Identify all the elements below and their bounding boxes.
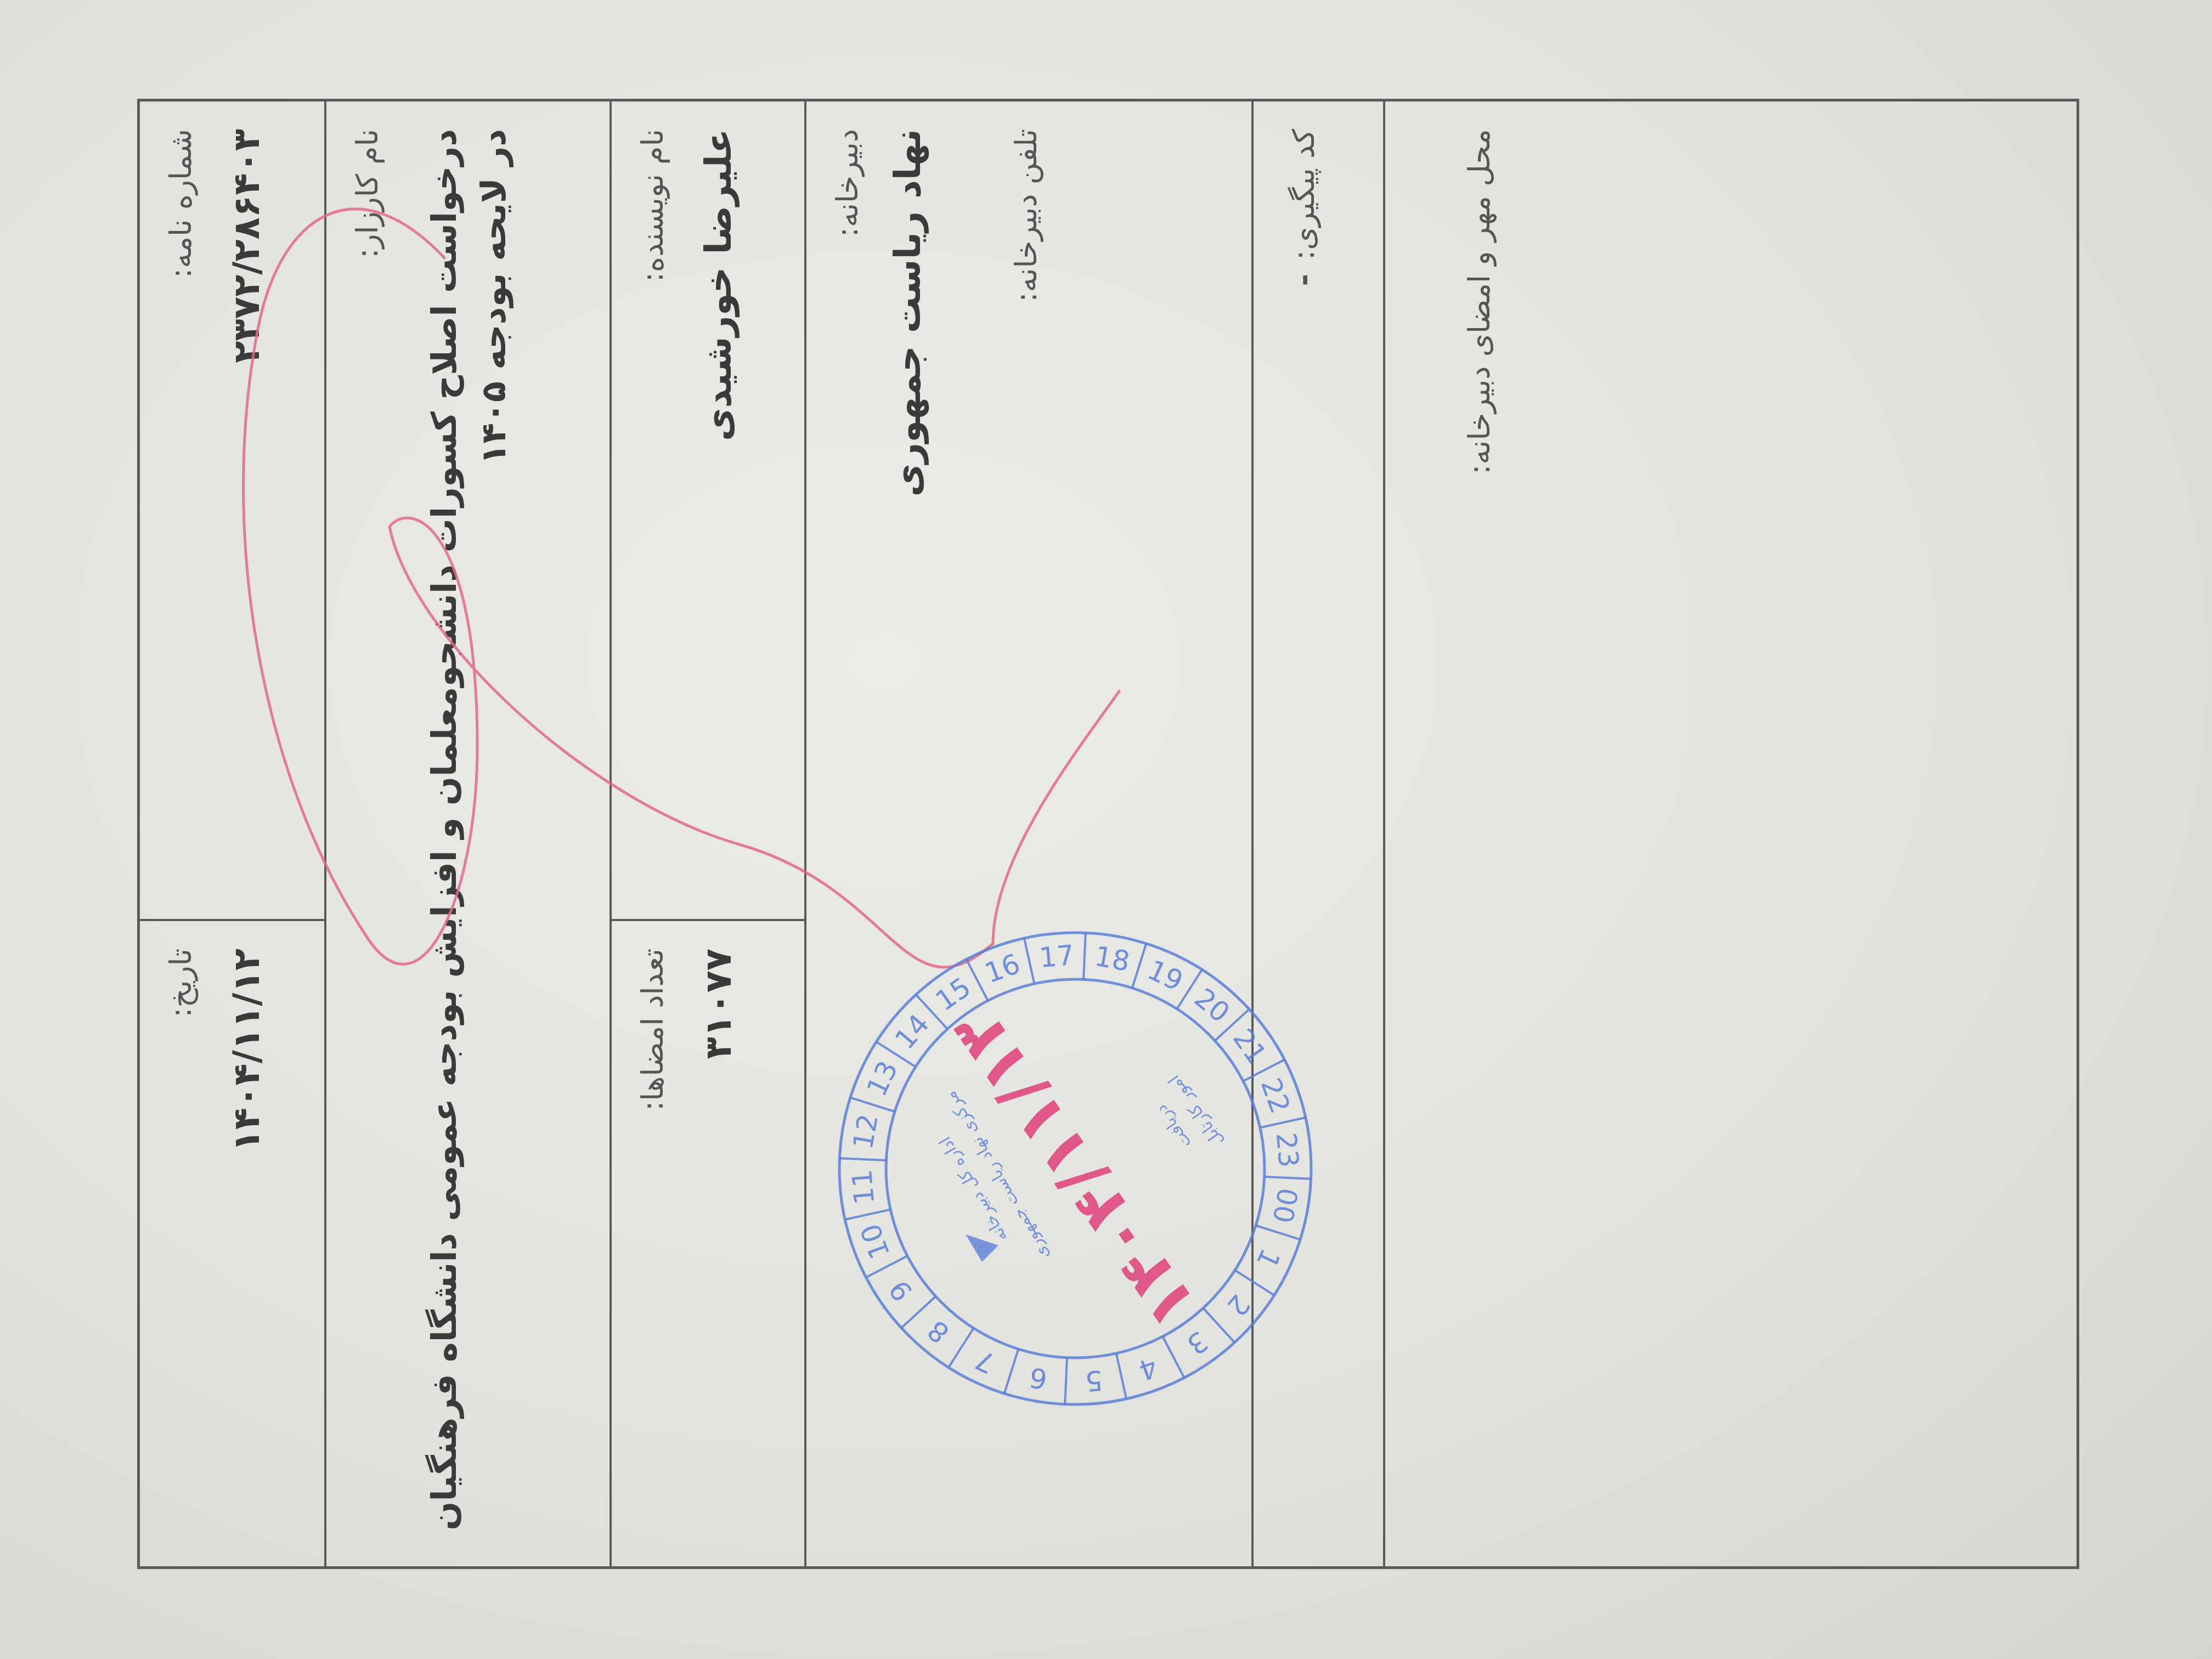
letter-number-value: ۲۳۷۲/۲۸۶۴۰۳ (222, 129, 271, 897)
row-letter-info: شماره نامه: ۲۳۷۲/۲۸۶۴۰۳ تاریخ: ۱۴۰۴/۱۱/۱… (140, 101, 326, 1566)
stamp-hour-13: 13 (861, 1056, 904, 1101)
author-label: نام نویسنده: (634, 129, 672, 897)
stamp-hour-1: 1 (1250, 1244, 1286, 1273)
row-campaign: نام کارزار: درخواست اصلاح کسورات دانشجوم… (326, 101, 612, 1566)
letter-number-cell: شماره نامه: ۲۳۷۲/۲۸۶۴۰۳ (140, 101, 324, 924)
stamp-hour-18: 18 (1092, 940, 1132, 978)
secretariat-phone-label: تلفن دبیرخانه: (1009, 129, 1043, 302)
received-stamp: 001234567891011121314151617181920212223 … (834, 927, 1317, 1410)
tracking-code-label: کد پیگیری: (1286, 129, 1321, 260)
author-value: علیرضا خورشیدی (694, 129, 743, 897)
signatures-label: تعداد امضاها: (634, 949, 672, 1539)
stamp-hour-4: 4 (1135, 1351, 1162, 1386)
stamp-date: ۱۴۰۴/۱۱/۱۳ (938, 996, 1212, 1342)
campaign-cell: نام کارزار: درخواست اصلاح کسورات دانشجوم… (326, 101, 610, 1566)
date-value: ۱۴۰۴/۱۱/۱۲ (222, 949, 271, 1539)
stamp-hour-22: 22 (1254, 1074, 1296, 1118)
tracking-code-value: - (1286, 274, 1321, 286)
date-label: تاریخ: (162, 949, 200, 1539)
campaign-value: درخواست اصلاح کسورات دانشجومعلمان و افزا… (420, 129, 518, 1539)
letter-receipt-page: شماره نامه: ۲۳۷۲/۲۸۶۴۰۳ تاریخ: ۱۴۰۴/۱۱/۱… (137, 99, 2079, 1569)
stamp-hour-11: 11 (846, 1169, 881, 1206)
stamp-hour-8: 8 (922, 1314, 956, 1350)
stamp-hour-00: 00 (1266, 1186, 1304, 1226)
stamp-area-label: محل مهر و امضای دبیرخانه: (1462, 129, 1497, 475)
stamp-hour-12: 12 (847, 1111, 884, 1152)
stamp-hour-3: 3 (1181, 1325, 1214, 1361)
stamp-hour-7: 7 (970, 1344, 1000, 1380)
date-cell: تاریخ: ۱۴۰۴/۱۱/۱۲ (140, 919, 324, 1566)
letter-number-label: شماره نامه: (162, 129, 200, 897)
stamp-hour-5: 5 (1084, 1364, 1104, 1397)
stamp-area-cell: محل مهر و امضای دبیرخانه: (1385, 101, 2076, 1566)
stamp-hour-9: 9 (883, 1274, 919, 1307)
signatures-value: ۳۱۰۷۷ (694, 949, 743, 1539)
stamp-hour-6: 6 (1027, 1361, 1049, 1396)
stamp-hour-17: 17 (1038, 939, 1075, 974)
stamp-hour-23: 23 (1270, 1131, 1305, 1169)
signatures-cell: تعداد امضاها: ۳۱۰۷۷ (612, 919, 804, 1566)
stamp-hour-16: 16 (980, 947, 1024, 989)
stamp-hour-19: 19 (1143, 954, 1188, 997)
stamp-hour-10: 10 (854, 1220, 896, 1263)
stamp-graphic: 001234567891011121314151617181920212223 … (834, 927, 1317, 1410)
campaign-label: نام کارزار: (348, 129, 387, 1539)
stamp-hour-2: 2 (1221, 1289, 1256, 1323)
row-author: نام نویسنده: علیرضا خورشیدی تعداد امضاها… (612, 101, 806, 1566)
author-cell: نام نویسنده: علیرضا خورشیدی (612, 101, 804, 924)
row-stamp-area: محل مهر و امضای دبیرخانه: (1385, 101, 2076, 1566)
